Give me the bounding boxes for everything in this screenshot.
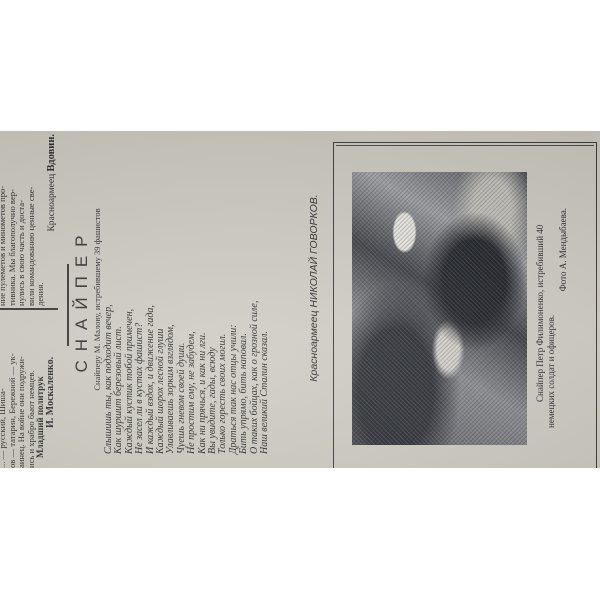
- poem-signature: Красноармеец НИКОЛАЙ ГОВОРКОВ.: [308, 138, 320, 438]
- author-name: Вдовин.: [46, 134, 57, 171]
- poem-title: СНАЙПЕР: [72, 131, 92, 468]
- article-text-line: тивника. Мы благополучно вер-: [8, 134, 18, 306]
- caption-line: Снайпер Петр Филимоненко, истребивший 40: [535, 168, 546, 428]
- poem-line: Наш великий Сталин сказал.: [260, 134, 270, 454]
- column-divider: [0, 309, 58, 311]
- photo-caption: Снайпер Петр Филимоненко, истребивший 40…: [535, 168, 569, 428]
- section-rule: [67, 264, 69, 346]
- author-name: И. Москаленко.: [46, 312, 56, 468]
- signature-rank: Красноармеец: [308, 311, 320, 382]
- article-column-right: ние пулеметов и минометов про- тивника. …: [0, 134, 46, 306]
- article-text-line: ... — русский, Шиша-: [0, 312, 8, 468]
- newspaper-clipping: ... — русский, Шиша- ов — татарин, Береж…: [0, 131, 600, 468]
- article-column-left: ... — русский, Шиша- ов — татарин, Береж…: [0, 312, 56, 468]
- photo-credit: Фото А. Мендыбаева.: [558, 168, 569, 428]
- poem-body: Слышишь ты, как подходит вечер, Как шурш…: [104, 134, 271, 454]
- caption-line: немецких солдат и офицеров.: [546, 168, 557, 428]
- author-rank: Младший политрук: [36, 312, 46, 468]
- signature-name: НИКОЛАЙ ГОВОРКОВ.: [308, 194, 320, 307]
- article-text-line: ись и храбро бьют немцев.: [27, 312, 37, 468]
- article-text-line: дения.: [36, 134, 46, 306]
- article-text-line: аинец. На войне они подружи-: [17, 312, 27, 468]
- author-rank: Красноармеец: [47, 174, 57, 232]
- article-text-line: ов — татарин, Бережной — ук-: [8, 312, 18, 468]
- author-signature: Красноармеец Вдовин.: [46, 134, 57, 306]
- poem-dedication: Снайперу М. Малову, истребившему 39 фаши…: [92, 131, 102, 468]
- article-text-line: нулись в свою часть и доста-: [17, 134, 27, 306]
- article-text-line: вили командованию ценные све-: [27, 134, 37, 306]
- article-text-line: ние пулеметов и минометов про-: [0, 134, 8, 306]
- sniper-photo: [352, 172, 527, 445]
